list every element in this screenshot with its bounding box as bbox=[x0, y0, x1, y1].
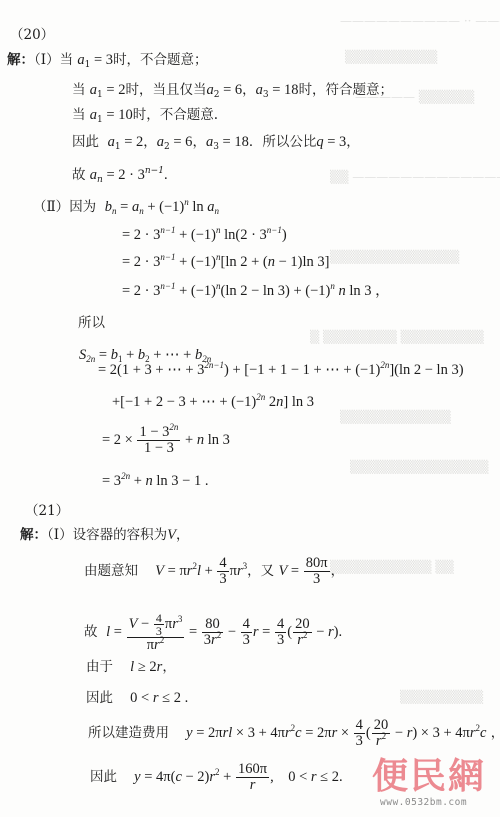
problem-21-part1-line2: 由题意知 V = πr2l + 43πr3，又 V = 80π3， bbox=[84, 556, 344, 587]
part-label: （Ⅱ） bbox=[33, 199, 69, 215]
part-label: （Ⅰ） bbox=[34, 52, 60, 68]
problem-20-part2-eq1: （Ⅱ）因为 bn = an + (−1)n ln an bbox=[33, 198, 219, 216]
part-label: （Ⅰ） bbox=[47, 527, 73, 543]
problem-20-part2-s4: = 2 × 1 − 32n1 − 3 + n ln 3 bbox=[102, 425, 230, 456]
problem-20-part2-eq2: = 2 · 3n−1 + (−1)n ln(2 · 3n−1) bbox=[122, 226, 287, 244]
bleed-through-text: ▒▒▒▒▒▒▒▒▒▒▒ ▒▒ bbox=[330, 560, 454, 574]
problem-21-part1-line5: 因此 0 < r ≤ 2 . bbox=[86, 689, 188, 707]
solution-label: 解： bbox=[20, 527, 47, 543]
bleed-through-text: ▒▒▒▒▒▒▒▒▒▒ bbox=[345, 50, 437, 64]
problem-20-part2-eq3: = 2 · 3n−1 + (−1)n[ln 2 + (n − 1)ln 3] bbox=[122, 253, 329, 271]
part2-intro: 因为 bbox=[69, 199, 96, 215]
bleed-through-text: ▒▒▒▒▒▒▒▒▒▒▒▒ bbox=[340, 410, 451, 424]
problem-20-part1-line1: 解：（Ⅰ）当 a1 = 3时，不合题意； bbox=[7, 51, 208, 69]
bleed-through-text: ▒ ▒▒▒▒▒▒▒▒ ▒▒▒▒▒▒▒▒▒ bbox=[310, 330, 484, 344]
problem-20-part2-s5: = 32n + n ln 3 − 1 . bbox=[102, 472, 208, 490]
bleed-through-text: —————————— ·· ———— bbox=[340, 14, 500, 28]
line3-prefix: 故 bbox=[84, 624, 98, 640]
problem-21-part1-line1: 解：（Ⅰ）设容器的容积为V， bbox=[20, 526, 189, 544]
line7-prefix: 因此 bbox=[90, 769, 117, 785]
watermark-logo: 便民網 bbox=[372, 757, 486, 797]
problem-20-part2-s3: +[−1 + 2 − 3 + ⋯ + (−1)2n 2n] ln 3 bbox=[112, 393, 314, 411]
problem-21-part1-line4: 由于 l ≥ 2r， bbox=[86, 658, 176, 676]
line2-prefix: 由题意知 bbox=[84, 563, 138, 579]
problem-20-part2-s2: = 2(1 + 3 + ⋯ + 32n−1) + [−1 + 1 − 1 + ⋯… bbox=[98, 361, 464, 379]
watermark-url: www.0532bm.com bbox=[380, 797, 467, 808]
problem-20-part1-line2: 当 a1 = 2时，当且仅当a2 = 6，a3 = 18时，符合题意； bbox=[72, 81, 393, 99]
problem-20-number: （20） bbox=[10, 26, 54, 44]
solution-label: 解： bbox=[7, 52, 34, 68]
problem-21-number: （21） bbox=[25, 502, 69, 520]
problem-20-part2-eq4: = 2 · 3n−1 + (−1)n(ln 2 − ln 3) + (−1)n … bbox=[122, 282, 390, 300]
bleed-through-text: ▒▒▒▒▒▒▒▒▒ bbox=[400, 690, 483, 704]
line6-prefix: 所以建造费用 bbox=[88, 725, 169, 741]
bleed-through-text: ▒▒▒▒▒▒▒▒▒▒▒▒▒▒▒ bbox=[350, 460, 488, 474]
problem-20-part2-so: 所以 bbox=[78, 314, 105, 332]
problem-20-part1-line4: 因此 a1 = 2，a2 = 6，a3 = 18．所以公比q = 3， bbox=[72, 133, 360, 151]
line4-prefix: 由于 bbox=[86, 659, 113, 675]
problem-21-part1-line7: 因此 y = 4π(c − 2)r2 + 160πr, 0 < r ≤ 2. bbox=[90, 762, 343, 793]
problem-21-part1-line3: 故 l = V − 43πr3πr2 = 803r2 − 43r = 43(20… bbox=[84, 612, 342, 653]
bleed-through-text: ▒▒▒▒▒▒▒▒▒▒▒▒▒▒ bbox=[330, 250, 459, 264]
line5-prefix: 因此 bbox=[86, 690, 113, 706]
part1-line1-text: 当 a1 = 3时，不合题意； bbox=[60, 52, 208, 68]
problem-20-part1-line5: 故 an = 2 · 3n−1. bbox=[72, 166, 168, 184]
bleed-through-text: ▒▒ —————————————————— bbox=[330, 170, 500, 184]
problem-20-part1-line3: 当 a1 = 10时，不合题意. bbox=[72, 106, 218, 124]
problem-21-part1-line6: 所以建造费用 y = 2πrl × 3 + 4πr2c = 2πr × 43(2… bbox=[88, 718, 500, 749]
